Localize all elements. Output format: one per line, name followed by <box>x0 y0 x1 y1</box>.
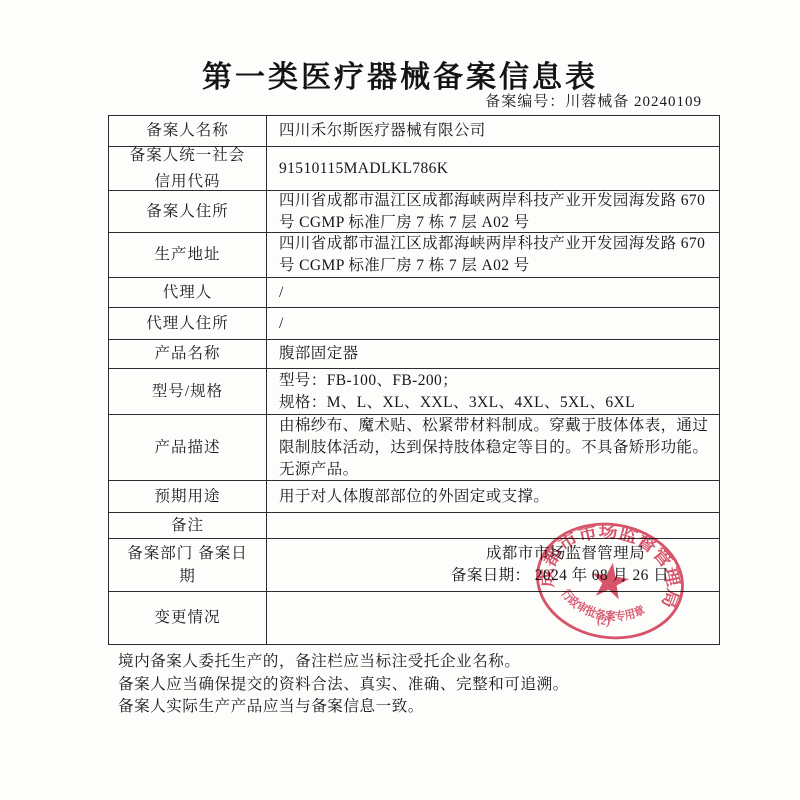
record-number-value: 川蓉械备 20240109 <box>565 94 702 110</box>
row-value: 91510115MADLKL786K <box>267 147 719 190</box>
row-label: 产品名称 <box>109 340 267 368</box>
row-value: 四川省成都市温江区成都海峡两岸科技产业开发园海发路 670 号 CGMP 标准厂… <box>267 191 719 232</box>
row-value: / <box>267 308 719 339</box>
row-label: 预期用途 <box>109 481 267 512</box>
table-row-applicant-address: 备案人住所 四川省成都市温江区成都海峡两岸科技产业开发园海发路 670 号 CG… <box>109 190 719 232</box>
table-row-model-spec: 型号/规格 型号：FB-100、FB-200； 规格：M、L、XL、XXL、3X… <box>109 368 719 414</box>
footnote-line: 境内备案人委托生产的，备注栏应当标注受托企业名称。 <box>118 651 718 674</box>
filing-dept-label: 备案部门 <box>127 545 193 562</box>
table-row-production-address: 生产地址 四川省成都市温江区成都海峡两岸科技产业开发园海发路 670 号 CGM… <box>109 232 719 277</box>
record-number: 备案编号：川蓉械备 20240109 <box>108 90 702 111</box>
row-label: 代理人住所 <box>109 308 267 339</box>
row-value <box>267 513 719 538</box>
table-row-product-name: 产品名称 腹部固定器 <box>109 339 719 368</box>
scanned-form-page: 第一类医疗器械备案信息表 备案编号：川蓉械备 20240109 备案人名称 四川… <box>0 0 800 800</box>
table-row-product-description: 产品描述 由棉纱布、魔术贴、松紧带材料制成。穿戴于肢体体表，通过限制肢体活动，达… <box>109 414 719 480</box>
table-row-intended-use: 预期用途 用于对人体腹部部位的外固定或支撑。 <box>109 480 719 512</box>
row-label: 备案部门 备案日期 <box>109 539 267 591</box>
footnote-line: 备案人应当确保提交的资料合法、真实、准确、完整和可追溯。 <box>118 674 718 697</box>
filing-date-line: 备案日期： 2024 年 08 月 26 日 <box>279 565 669 587</box>
row-value: 用于对人体腹部部位的外固定或支撑。 <box>267 481 719 512</box>
row-label: 备案人住所 <box>109 191 267 232</box>
footnote-line: 备案人实际生产产品应当与备案信息一致。 <box>118 696 718 719</box>
filing-date-value: 2024 年 08 月 26 日 <box>535 567 669 584</box>
filing-date-caption: 备案日期： <box>451 567 531 584</box>
row-label: 型号/规格 <box>109 369 267 414</box>
row-label: 代理人 <box>109 278 267 307</box>
table-row-credit-code: 备案人统一社会信用代码 91510115MADLKL786K <box>109 146 719 190</box>
table-row-agent: 代理人 / <box>109 277 719 307</box>
row-label: 备注 <box>109 513 267 538</box>
table-row-agent-address: 代理人住所 / <box>109 307 719 339</box>
table-row-remarks: 备注 <box>109 512 719 538</box>
row-value: 四川省成都市温江区成都海峡两岸科技产业开发园海发路 670 号 CGMP 标准厂… <box>267 233 719 277</box>
row-value: 成都市市场监督管理局 备案日期： 2024 年 08 月 26 日 <box>267 539 719 591</box>
filing-department-value: 成都市市场监督管理局 <box>279 543 669 565</box>
registration-info-table: 备案人名称 四川禾尔斯医疗器械有限公司 备案人统一社会信用代码 91510115… <box>108 115 720 645</box>
row-label: 生产地址 <box>109 233 267 277</box>
table-row-applicant-name: 备案人名称 四川禾尔斯医疗器械有限公司 <box>109 116 719 146</box>
row-value <box>267 592 719 644</box>
record-number-label: 备案编号： <box>485 94 565 110</box>
row-label: 产品描述 <box>109 415 267 480</box>
row-value: 型号：FB-100、FB-200； 规格：M、L、XL、XXL、3XL、4XL、… <box>267 369 719 414</box>
row-value: 腹部固定器 <box>267 340 719 368</box>
model-line: 型号：FB-100、FB-200； <box>279 370 711 392</box>
spec-line: 规格：M、L、XL、XXL、3XL、4XL、5XL、6XL <box>279 392 711 414</box>
row-value: / <box>267 278 719 307</box>
row-label: 变更情况 <box>109 592 267 644</box>
row-value: 由棉纱布、魔术贴、松紧带材料制成。穿戴于肢体体表，通过限制肢体活动，达到保持肢体… <box>267 415 719 480</box>
row-label: 备案人名称 <box>109 116 267 146</box>
row-label: 备案人统一社会信用代码 <box>109 147 267 190</box>
footnotes: 境内备案人委托生产的，备注栏应当标注受托企业名称。 备案人应当确保提交的资料合法… <box>118 651 718 719</box>
table-row-filing-department-date: 备案部门 备案日期 成都市市场监督管理局 备案日期： 2024 年 08 月 2… <box>109 538 719 591</box>
row-value: 四川禾尔斯医疗器械有限公司 <box>267 116 719 146</box>
table-row-change-status: 变更情况 <box>109 591 719 644</box>
